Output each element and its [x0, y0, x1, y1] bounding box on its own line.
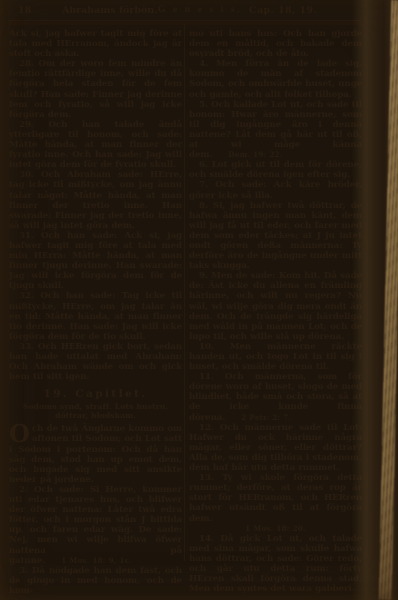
verse-number: 28.	[19, 59, 39, 69]
verse: 9. Men de sade: Kom hit. Då sade de: Äst…	[189, 271, 362, 342]
verse: 13. Ty wi skole förgöra detta rummet; de…	[189, 473, 362, 534]
verse-number: 8.	[199, 201, 213, 211]
verse-number: 3.	[19, 566, 32, 576]
verse: 4. Men förra än de lade sig, kommo de mä…	[189, 59, 362, 99]
cross-reference: 1 Mos. 18: 9, 1c.	[61, 556, 132, 565]
header-rule-thin	[8, 20, 362, 21]
verse-number: 2.	[19, 485, 34, 495]
verse: 12. Och männerne sade til Lot: Hafwer du…	[189, 423, 362, 473]
verse-number: 7.	[199, 180, 215, 190]
verse-number: 29.	[19, 120, 48, 130]
verse: 2. Och sade: Si Herre, kommer uti edar t…	[9, 485, 182, 566]
verse: 10. Men männerne räckte handen ut, och t…	[189, 342, 362, 372]
verse: 6. Lot gick ut til dem för dörene, och s…	[189, 160, 362, 180]
column-divider	[184, 24, 185, 561]
verse-number: 32.	[19, 291, 40, 301]
book-photo: 18 Abrahams förbön. G e n e s i s. Cap. …	[0, 0, 398, 600]
verse-number: 10.	[199, 342, 230, 352]
header-rule	[8, 20, 362, 25]
cross-reference: Dom. 19: 22.	[228, 150, 282, 159]
verse: 7. Och sade: Ack käre bröder, görer icke…	[189, 180, 362, 200]
cross-reference: 1 Mos. 18: 20.	[189, 524, 362, 534]
verse-number: 33.	[19, 342, 38, 352]
verse: 14. Då gick Lot ut, och talade med sina …	[189, 534, 362, 595]
verse-number: 12.	[199, 423, 220, 433]
verse-number: 5.	[199, 100, 211, 110]
verse-number: 13.	[199, 473, 222, 483]
verse: 5. Och kallade Lot ut, och sade til hono…	[189, 100, 362, 161]
verse-number: 31.	[19, 231, 41, 241]
verse: 30. Och Abraham sade: HErre, tag icke ti…	[9, 170, 182, 231]
verse: 28. Om der woro fem mindre än femtio rät…	[9, 59, 182, 120]
page-number: 18	[18, 5, 31, 16]
verse-continuation: Ack si, jag hafwer tagit mig före at tal…	[9, 29, 182, 59]
verse: 3. Då nödgade han dem fast, och de gingo…	[9, 566, 182, 596]
verse-number: 14.	[199, 534, 220, 544]
drop-cap: O	[9, 424, 32, 443]
verse: 32. Och han sade: Tag icke til mißtycke,…	[9, 291, 182, 341]
chapter-caption: Cap. 18, 19.	[249, 5, 317, 16]
verse-number: 6.	[199, 160, 212, 170]
verse: 33. Och HERren gick bort, sedan han hade…	[9, 342, 182, 382]
verse: 11. Och männerna, som för dörene woro af…	[189, 372, 362, 422]
verse-number: 30.	[19, 170, 41, 180]
cross-reference: 2 Petr. 2: 7.	[241, 413, 291, 422]
verse-continuation: mo uti hans hus: Och han gjorde dem en m…	[189, 29, 362, 59]
header-rule-thick	[8, 22, 362, 25]
bible-page: 18 Abrahams förbön. G e n e s i s. Cap. …	[0, 0, 398, 600]
verse: 31. Och han sade: Ack si, jag hafwer tag…	[9, 231, 182, 292]
verse-number: 4.	[199, 59, 216, 69]
running-title: Abrahams förbön.	[62, 5, 158, 16]
right-column: mo uti hans hus: Och han gjorde dem en m…	[189, 29, 362, 594]
chapter-subtitle: Sodoms synd, straff. Lots hustru, döttra…	[9, 402, 182, 420]
verse-number: 9.	[199, 271, 211, 281]
verse: Och de twå Änglarne kommo om aftonen til…	[9, 424, 182, 485]
book-title: G e n e s i s.	[158, 5, 242, 15]
chapter-heading: 19. Capitlet.	[9, 389, 182, 399]
left-column: Ack si, jag hafwer tagit mig före at tal…	[9, 29, 182, 596]
verse-number: 11.	[199, 372, 225, 382]
verse: 29. Och han talade ändå ytterligare til …	[9, 120, 182, 170]
verse: 8. Si, jag hafwer twå döttrar, de hafwa …	[189, 201, 362, 272]
